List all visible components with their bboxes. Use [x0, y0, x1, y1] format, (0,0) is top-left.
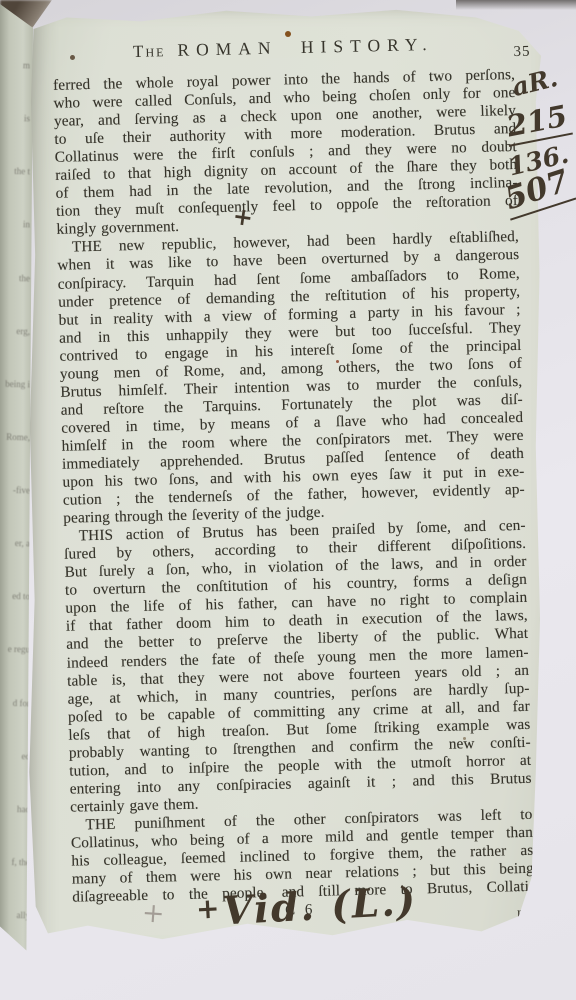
- foxing-spot: [70, 55, 75, 60]
- gutter-text-fragment: -five: [0, 485, 30, 496]
- gutter-text-fragment: erg,: [0, 325, 30, 336]
- header-the: The: [133, 41, 166, 61]
- catchword: nus.: [517, 905, 541, 923]
- gutter-text-fragment: ally: [0, 910, 30, 921]
- gutter-text-fragment: the: [0, 272, 30, 283]
- gutter-text-fragment: the t: [0, 166, 30, 177]
- foxing-spot: [285, 31, 291, 37]
- photo-of-book-page: misthe tintheerg,being iRome,-fiveer, ae…: [0, 0, 576, 1000]
- gutter-text-fragment: in: [0, 219, 30, 230]
- gutter-text-fragment: being i: [0, 378, 30, 389]
- page-number: 35: [513, 44, 530, 61]
- gutter-page-sliver: misthe tintheerg,being iRome,-fiveer, ae…: [0, 4, 33, 960]
- gutter-text-fragment: had: [0, 803, 30, 814]
- photo-top-edge-shadow: [456, 0, 576, 10]
- pencil-cross-mark: +: [141, 897, 166, 930]
- gutter-text-fragment: is: [0, 113, 30, 124]
- gutter-text-fragment: f, the: [0, 856, 30, 867]
- gutter-text-fragment: d for: [0, 697, 30, 708]
- body-paragraphs: ferred the whole royal power into the ha…: [53, 66, 534, 907]
- inscription-text: Vid. (L.): [221, 878, 418, 934]
- gutter-text-fragment: e regu: [0, 644, 30, 655]
- foxing-spot: [463, 737, 466, 740]
- header-title: ROMAN HISTORY.: [177, 34, 434, 60]
- gutter-text-fragment: ed: [0, 750, 30, 761]
- foxing-spot: [336, 360, 339, 363]
- gutter-text-fragment: m: [0, 60, 30, 71]
- ink-cross-mark: +: [231, 201, 255, 233]
- printed-content: TheROMAN HISTORY. 35 ferred the whole ro…: [52, 32, 535, 933]
- gutter-text-fragment: Rome,: [0, 431, 30, 442]
- book-page: TheROMAN HISTORY. 35 ferred the whole ro…: [24, 6, 556, 964]
- gutter-text-fragment: ed to: [0, 591, 30, 602]
- inscription-cross: +: [195, 891, 222, 925]
- gutter-text-fragment: er, a: [0, 538, 30, 549]
